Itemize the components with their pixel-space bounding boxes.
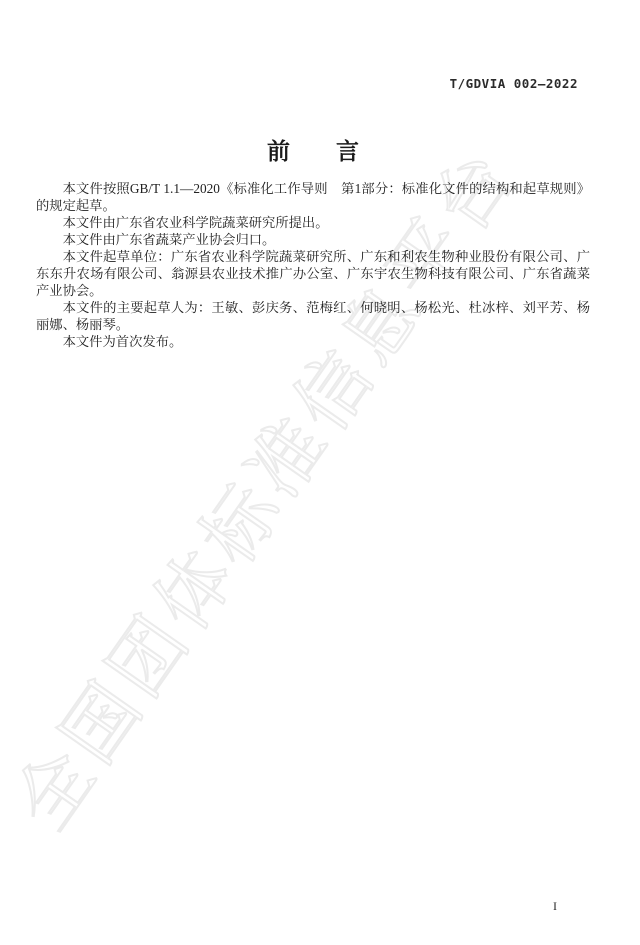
paragraph-drafting-organizations: 本文件起草单位：广东省农业科学院蔬菜研究所、广东和利农生物种业股份有限公司、广东… bbox=[36, 248, 590, 299]
paragraph-drafting-rules: 本文件按照GB/T 1.1—2020《标准化工作导则 第1部分：标准化文件的结构… bbox=[36, 180, 590, 214]
standard-number: T/GDVIA 002—2022 bbox=[450, 76, 578, 91]
paragraph-proposed-by: 本文件由广东省农业科学院蔬菜研究所提出。 bbox=[36, 214, 590, 231]
paragraph-main-drafters: 本文件的主要起草人为：王敏、彭庆务、范梅红、何晓明、杨松光、杜冰梓、刘平芳、杨丽… bbox=[36, 299, 590, 333]
paragraph-first-issue: 本文件为首次发布。 bbox=[36, 333, 590, 350]
page-number: I bbox=[553, 899, 557, 914]
foreword-body: 本文件按照GB/T 1.1—2020《标准化工作导则 第1部分：标准化文件的结构… bbox=[36, 180, 590, 350]
page-title: 前 言 bbox=[36, 133, 590, 166]
paragraph-centralized-by: 本文件由广东省蔬菜产业协会归口。 bbox=[36, 231, 590, 248]
document-page: 全国团体标准信息平台 T/GDVIA 002—2022 前 言 本文件按照GB/… bbox=[0, 0, 640, 945]
